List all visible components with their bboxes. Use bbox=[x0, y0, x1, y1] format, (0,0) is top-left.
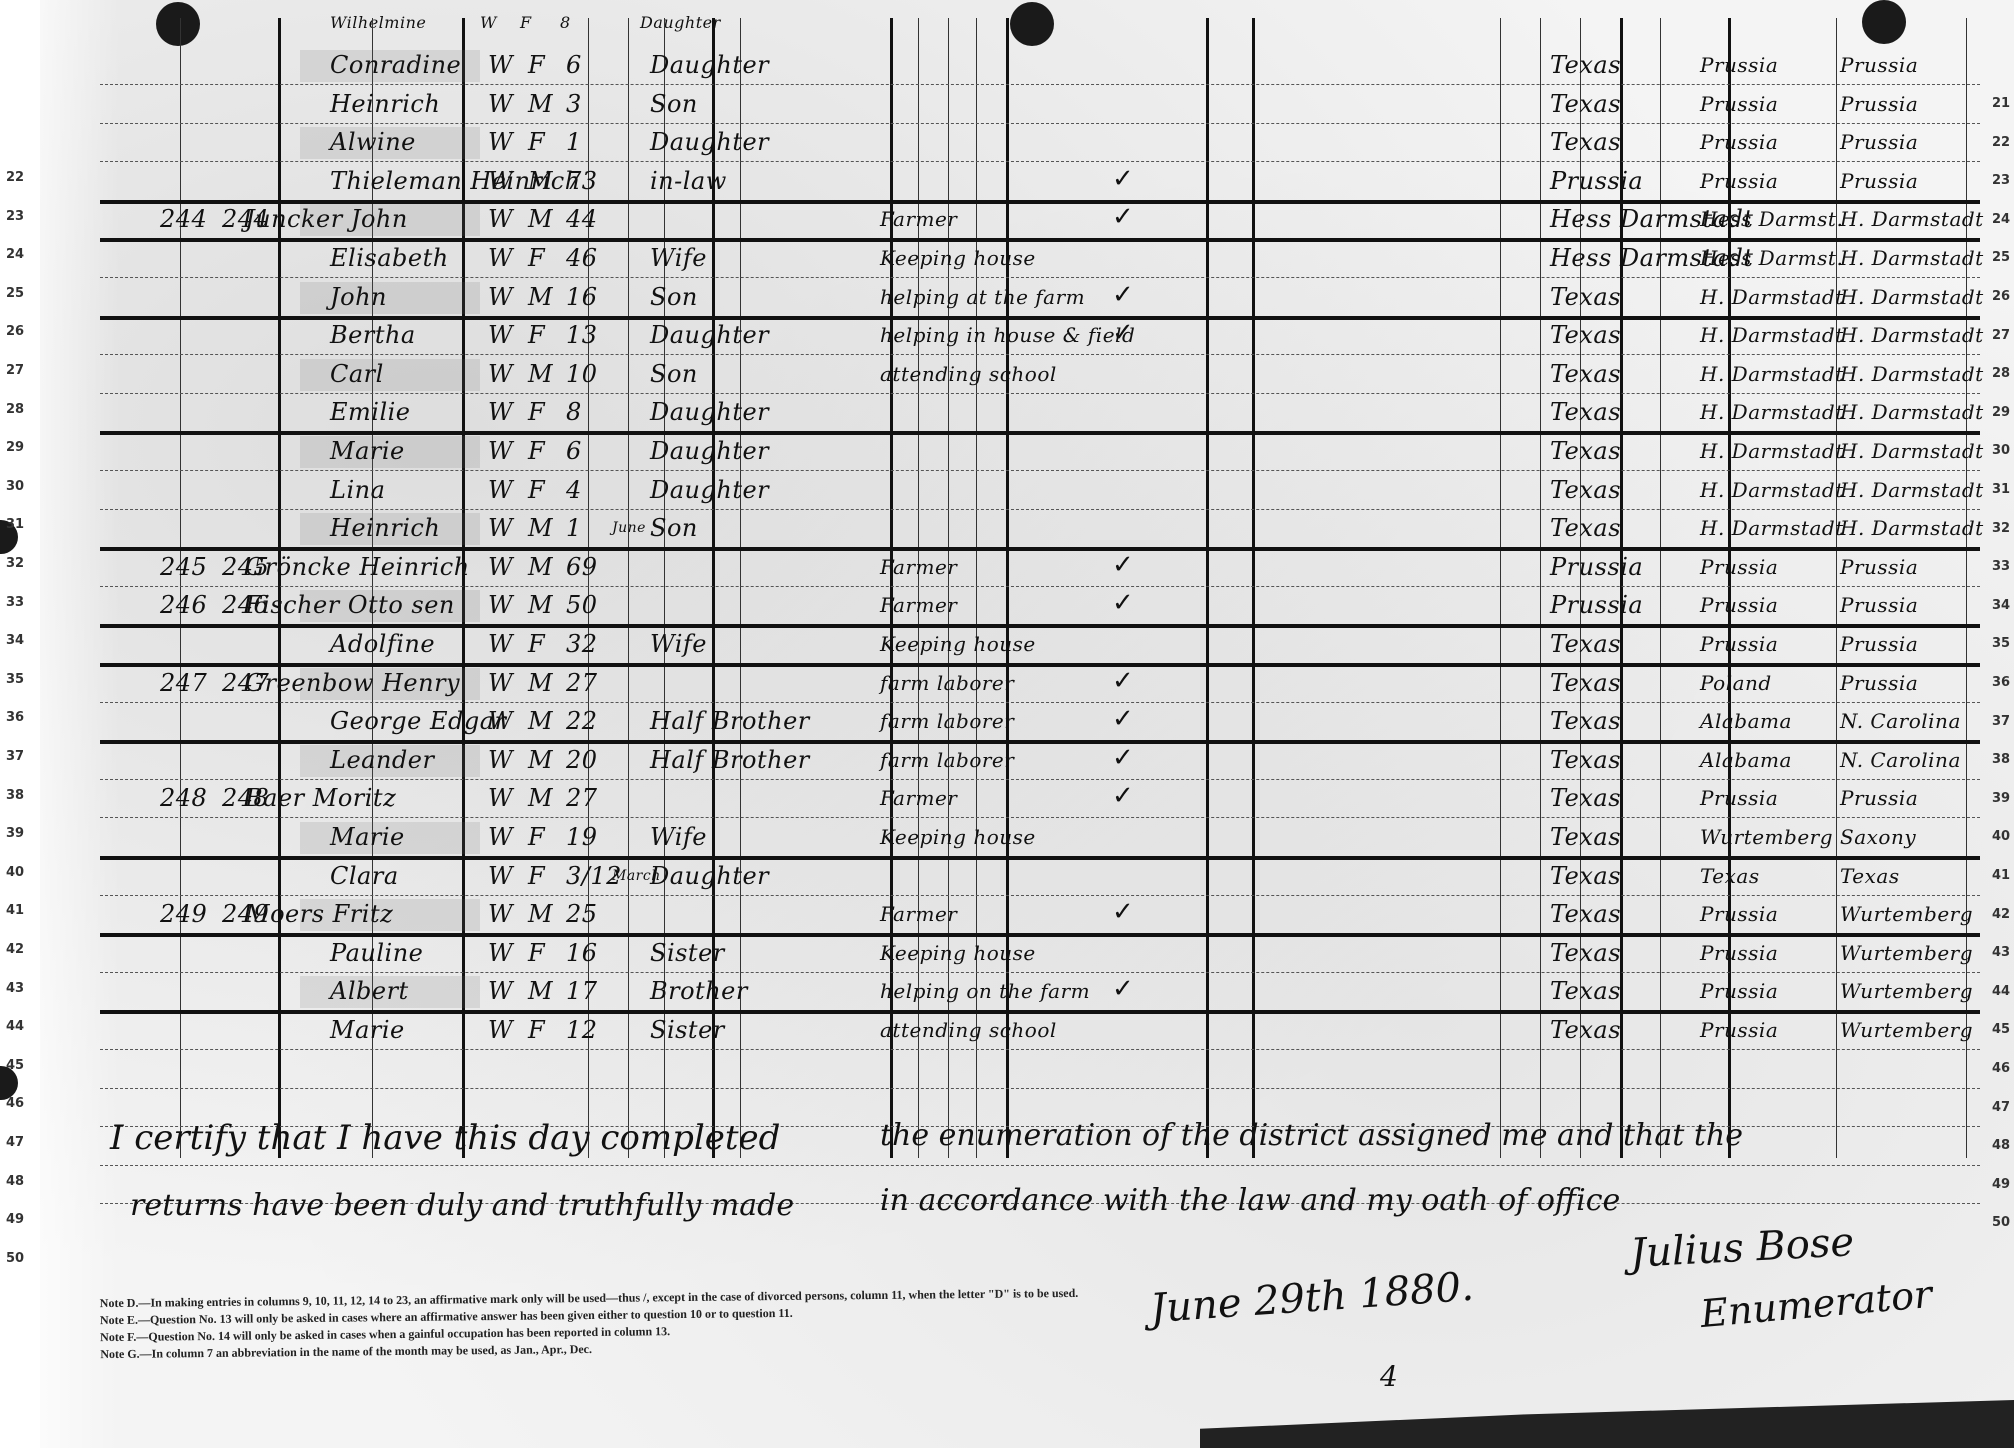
check-mark: ✓ bbox=[1112, 743, 1134, 773]
mother-birthplace: Saxony bbox=[1840, 822, 1916, 852]
sex: F bbox=[528, 475, 545, 505]
occupation: Keeping house bbox=[880, 243, 1036, 273]
sex: F bbox=[528, 861, 545, 891]
occupation: Farmer bbox=[880, 204, 957, 234]
color: W bbox=[488, 938, 513, 968]
color: W bbox=[488, 513, 513, 543]
relationship: Son bbox=[650, 513, 698, 543]
relationship: Son bbox=[650, 282, 698, 312]
age: 16 bbox=[566, 938, 598, 968]
person-name: Fischer Otto sen bbox=[245, 590, 455, 620]
occupation: farm laborer bbox=[880, 668, 1014, 698]
mother-birthplace: H. Darmstadt bbox=[1840, 359, 1984, 389]
check-mark: ✓ bbox=[1112, 666, 1134, 696]
sex: F bbox=[528, 127, 545, 157]
father-birthplace: H. Darmstadt bbox=[1700, 359, 1844, 389]
check-mark: ✓ bbox=[1112, 280, 1134, 310]
birth-month: June bbox=[612, 513, 646, 543]
cert-line1-b: the enumeration of the district assigned… bbox=[880, 1118, 1743, 1153]
sex: F bbox=[528, 397, 545, 427]
mother-birthplace: H. Darmstadt bbox=[1840, 436, 1984, 466]
mother-birthplace: H. Darmstadt bbox=[1840, 320, 1984, 350]
birthplace: Texas bbox=[1550, 861, 1621, 891]
birthplace: Texas bbox=[1550, 436, 1621, 466]
age: 25 bbox=[566, 899, 598, 929]
birthplace: Texas bbox=[1550, 629, 1621, 659]
age: 16 bbox=[566, 282, 598, 312]
relationship: Daughter bbox=[650, 320, 769, 350]
birthplace: Texas bbox=[1550, 513, 1621, 543]
sex: M bbox=[528, 590, 553, 620]
birthplace: Texas bbox=[1550, 1015, 1621, 1045]
color: W bbox=[488, 166, 513, 196]
relationship: Daughter bbox=[650, 436, 769, 466]
mother-birthplace: H. Darmstadt bbox=[1840, 282, 1984, 312]
age: 1 bbox=[566, 127, 582, 157]
person-name: Marie bbox=[330, 1015, 405, 1045]
relationship: Sister bbox=[650, 938, 725, 968]
age: 1 bbox=[566, 513, 582, 543]
father-birthplace: Prussia bbox=[1700, 629, 1778, 659]
occupation: Farmer bbox=[880, 899, 957, 929]
age: 3 bbox=[566, 89, 582, 119]
father-birthplace: Hess Darmst. bbox=[1700, 243, 1843, 273]
dwelling-number: 249 bbox=[160, 899, 207, 929]
mother-birthplace: N. Carolina bbox=[1840, 706, 1961, 736]
relationship: Daughter bbox=[650, 861, 769, 891]
census-row: LinaWF4DaughterTexasH. DarmstadtH. Darms… bbox=[0, 471, 2014, 509]
mother-birthplace: Prussia bbox=[1840, 50, 1918, 80]
color: W bbox=[488, 861, 513, 891]
color: W bbox=[488, 590, 513, 620]
sex: M bbox=[528, 668, 553, 698]
relationship: Half Brother bbox=[650, 745, 810, 775]
color: W bbox=[488, 397, 513, 427]
sex: M bbox=[528, 552, 553, 582]
sex: M bbox=[528, 282, 553, 312]
census-row: PaulineWF16SisterKeeping houseTexasPruss… bbox=[0, 934, 2014, 972]
occupation: Keeping house bbox=[880, 822, 1036, 852]
person-name: Alwine bbox=[330, 127, 416, 157]
father-birthplace: H. Darmstadt bbox=[1700, 513, 1844, 543]
cert-line1-a: I certify that I have this day completed bbox=[110, 1118, 780, 1158]
occupation: Farmer bbox=[880, 783, 957, 813]
birthplace: Texas bbox=[1550, 127, 1621, 157]
sex: F bbox=[528, 822, 545, 852]
birthplace: Texas bbox=[1550, 50, 1621, 80]
line-number: 50 bbox=[1992, 1215, 2010, 1230]
check-mark: ✓ bbox=[1112, 704, 1134, 734]
father-birthplace: H. Darmstadt bbox=[1700, 320, 1844, 350]
birthplace: Texas bbox=[1550, 397, 1621, 427]
person-name: Emilie bbox=[330, 397, 411, 427]
age: 13 bbox=[566, 320, 598, 350]
color: W bbox=[488, 204, 513, 234]
occupation: helping on the farm bbox=[880, 976, 1090, 1006]
dwelling-number: 244 bbox=[160, 204, 207, 234]
census-row: 249249Moers FritzWM25Farmer✓TexasPrussia… bbox=[0, 895, 2014, 933]
father-birthplace: H. Darmstadt bbox=[1700, 397, 1844, 427]
occupation: Farmer bbox=[880, 590, 957, 620]
color: W bbox=[488, 243, 513, 273]
relationship: Wife bbox=[650, 822, 707, 852]
census-row: LeanderWM20Half Brotherfarm laborer✓Texa… bbox=[0, 741, 2014, 779]
father-birthplace: Alabama bbox=[1700, 745, 1792, 775]
check-mark: ✓ bbox=[1112, 202, 1134, 232]
sex: F bbox=[528, 50, 545, 80]
father-birthplace: Poland bbox=[1700, 668, 1772, 698]
mother-birthplace: Wurtemberg bbox=[1840, 938, 1973, 968]
check-mark: ✓ bbox=[1112, 974, 1134, 1004]
dwelling-number: 247 bbox=[160, 668, 207, 698]
relationship: Daughter bbox=[650, 397, 769, 427]
color: W bbox=[488, 436, 513, 466]
father-birthplace: Prussia bbox=[1700, 166, 1778, 196]
line-number: 46 bbox=[6, 1096, 24, 1111]
birthplace: Texas bbox=[1550, 89, 1621, 119]
age: 12 bbox=[566, 1015, 598, 1045]
color: W bbox=[488, 1015, 513, 1045]
toner-shade bbox=[300, 359, 480, 391]
father-birthplace: H. Darmstadt bbox=[1700, 282, 1844, 312]
line-number: 46 bbox=[1992, 1061, 2010, 1076]
toner-shade bbox=[300, 282, 480, 314]
person-name: Marie bbox=[330, 822, 405, 852]
father-birthplace: Prussia bbox=[1700, 50, 1778, 80]
person-name: Conradine bbox=[330, 50, 461, 80]
census-row: MarieWF6DaughterTexasH. DarmstadtH. Darm… bbox=[0, 432, 2014, 470]
mother-birthplace: H. Darmstadt bbox=[1840, 397, 1984, 427]
person-name: Marie bbox=[330, 436, 405, 466]
sex: M bbox=[528, 204, 553, 234]
color: W bbox=[488, 320, 513, 350]
birthplace: Prussia bbox=[1550, 552, 1643, 582]
age: 22 bbox=[566, 706, 598, 736]
mother-birthplace: Wurtemberg bbox=[1840, 899, 1973, 929]
father-birthplace: Hess Darmst. bbox=[1700, 204, 1843, 234]
person-name: Heinrich bbox=[330, 513, 440, 543]
census-row: AdolfineWF32WifeKeeping houseTexasPrussi… bbox=[0, 625, 2014, 663]
mother-birthplace: N. Carolina bbox=[1840, 745, 1961, 775]
sex: F bbox=[528, 629, 545, 659]
mother-birthplace: Prussia bbox=[1840, 668, 1918, 698]
grid-row-line bbox=[100, 1049, 1980, 1050]
age: 27 bbox=[566, 783, 598, 813]
father-birthplace: Texas bbox=[1700, 861, 1760, 891]
sex: M bbox=[528, 783, 553, 813]
relationship: Brother bbox=[650, 976, 748, 1006]
census-row: MarieWF12Sisterattending schoolTexasPrus… bbox=[0, 1011, 2014, 1049]
census-row: HeinrichWM3SonTexasPrussiaPrussia bbox=[0, 85, 2014, 123]
mother-birthplace: Prussia bbox=[1840, 552, 1918, 582]
age: 20 bbox=[566, 745, 598, 775]
mother-birthplace: H. Darmstadt bbox=[1840, 513, 1984, 543]
age: 73 bbox=[566, 166, 598, 196]
sex: F bbox=[528, 320, 545, 350]
relationship: Sister bbox=[650, 1015, 725, 1045]
age: 27 bbox=[566, 668, 598, 698]
color: W bbox=[488, 50, 513, 80]
occupation: helping at the farm bbox=[880, 282, 1085, 312]
census-row: MarieWF19WifeKeeping houseTexasWurtember… bbox=[0, 818, 2014, 856]
mother-birthplace: Prussia bbox=[1840, 166, 1918, 196]
occupation: helping in house & field bbox=[880, 320, 1135, 350]
age: 17 bbox=[566, 976, 598, 1006]
age: 10 bbox=[566, 359, 598, 389]
color: W bbox=[488, 976, 513, 1006]
sex: M bbox=[528, 976, 553, 1006]
person-name: Moers Fritz bbox=[245, 899, 393, 929]
sex: M bbox=[528, 899, 553, 929]
birthplace: Prussia bbox=[1550, 166, 1643, 196]
line-number: 49 bbox=[1992, 1177, 2010, 1192]
census-row: ConradineWF6DaughterTexasPrussiaPrussia bbox=[0, 46, 2014, 84]
father-birthplace: H. Darmstadt bbox=[1700, 436, 1844, 466]
color: W bbox=[488, 629, 513, 659]
age: 46 bbox=[566, 243, 598, 273]
relationship: Half Brother bbox=[650, 706, 810, 736]
color: W bbox=[488, 282, 513, 312]
occupation: Keeping house bbox=[880, 938, 1036, 968]
relationship: Daughter bbox=[650, 127, 769, 157]
dwelling-number: 246 bbox=[160, 590, 207, 620]
father-birthplace: H. Darmstadt bbox=[1700, 475, 1844, 505]
sex: F bbox=[528, 436, 545, 466]
relationship: in-law bbox=[650, 166, 727, 196]
grid-row-line bbox=[100, 1088, 1980, 1089]
dwelling-number: 245 bbox=[160, 552, 207, 582]
color: W bbox=[488, 745, 513, 775]
person-name: John bbox=[330, 282, 387, 312]
father-birthplace: Prussia bbox=[1700, 127, 1778, 157]
age: 69 bbox=[566, 552, 598, 582]
census-row: CarlWM10Sonattending schoolTexasH. Darms… bbox=[0, 355, 2014, 393]
person-name: Carl bbox=[330, 359, 384, 389]
person-name: Pauline bbox=[330, 938, 423, 968]
line-number: 48 bbox=[1992, 1138, 2010, 1153]
mother-birthplace: Prussia bbox=[1840, 127, 1918, 157]
birthplace: Texas bbox=[1550, 320, 1621, 350]
mother-birthplace: Prussia bbox=[1840, 590, 1918, 620]
census-row: BerthaWF13Daughterhelping in house & fie… bbox=[0, 316, 2014, 354]
person-name: Juncker John bbox=[245, 204, 408, 234]
mother-birthplace: Prussia bbox=[1840, 629, 1918, 659]
census-row: 247247Greenbow HenryWM27farm laborer✓Tex… bbox=[0, 664, 2014, 702]
birthplace: Texas bbox=[1550, 976, 1621, 1006]
mother-birthplace: H. Darmstadt bbox=[1840, 204, 1984, 234]
census-row: George EdgarWM22Half Brotherfarm laborer… bbox=[0, 702, 2014, 740]
relationship: Wife bbox=[650, 629, 707, 659]
person-name: Greenbow Henry bbox=[245, 668, 460, 698]
census-row: EmilieWF8DaughterTexasH. DarmstadtH. Dar… bbox=[0, 393, 2014, 431]
relationship: Daughter bbox=[650, 50, 769, 80]
person-name: George Edgar bbox=[330, 706, 507, 736]
line-number: 48 bbox=[6, 1174, 24, 1189]
mother-birthplace: H. Darmstadt bbox=[1840, 243, 1984, 273]
sex: F bbox=[528, 243, 545, 273]
relationship: Son bbox=[650, 89, 698, 119]
birthplace: Prussia bbox=[1550, 590, 1643, 620]
sex: M bbox=[528, 166, 553, 196]
census-row: HeinrichWM1JuneSonTexasH. DarmstadtH. Da… bbox=[0, 509, 2014, 547]
color: W bbox=[488, 706, 513, 736]
census-row: ClaraWF3/12MarchDaughterTexasTexasTexas bbox=[0, 857, 2014, 895]
person-name: Bertha bbox=[330, 320, 416, 350]
check-mark: ✓ bbox=[1112, 550, 1134, 580]
relationship: Wife bbox=[650, 243, 707, 273]
line-number: 45 bbox=[6, 1058, 24, 1073]
dwelling-number: 248 bbox=[160, 783, 207, 813]
age: 19 bbox=[566, 822, 598, 852]
birthplace: Texas bbox=[1550, 282, 1621, 312]
cert-line2-b: in accordance with the law and my oath o… bbox=[880, 1183, 1620, 1218]
occupation: Keeping house bbox=[880, 629, 1036, 659]
person-name: Baer Moritz bbox=[245, 783, 396, 813]
person-name: Albert bbox=[330, 976, 409, 1006]
mother-birthplace: Prussia bbox=[1840, 783, 1918, 813]
age: 6 bbox=[566, 50, 582, 80]
father-birthplace: Prussia bbox=[1700, 976, 1778, 1006]
check-mark: ✓ bbox=[1112, 164, 1134, 194]
father-birthplace: Prussia bbox=[1700, 899, 1778, 929]
sex: F bbox=[528, 938, 545, 968]
occupation: Farmer bbox=[880, 552, 957, 582]
mother-birthplace: Texas bbox=[1840, 861, 1900, 891]
page-mark: 4 bbox=[1380, 1360, 1398, 1393]
father-birthplace: Prussia bbox=[1700, 1015, 1778, 1045]
footnotes: Note D.—In making entries in columns 9, … bbox=[100, 1285, 1079, 1363]
color: W bbox=[488, 127, 513, 157]
birthplace: Texas bbox=[1550, 899, 1621, 929]
father-birthplace: Prussia bbox=[1700, 552, 1778, 582]
birthplace: Texas bbox=[1550, 938, 1621, 968]
cert-line2-a: returns have been duly and truthfully ma… bbox=[130, 1188, 794, 1223]
sex: M bbox=[528, 745, 553, 775]
census-row: 245245Gröncke HeinrichWM69Farmer✓Prussia… bbox=[0, 548, 2014, 586]
check-mark: ✓ bbox=[1112, 781, 1134, 811]
relationship: Son bbox=[650, 359, 698, 389]
birthplace: Texas bbox=[1550, 822, 1621, 852]
person-name: Heinrich bbox=[330, 89, 440, 119]
father-birthplace: Prussia bbox=[1700, 590, 1778, 620]
father-birthplace: Prussia bbox=[1700, 783, 1778, 813]
age: 32 bbox=[566, 629, 598, 659]
line-number: 50 bbox=[6, 1251, 24, 1266]
color: W bbox=[488, 783, 513, 813]
sex: F bbox=[528, 1015, 545, 1045]
birthplace: Texas bbox=[1550, 745, 1621, 775]
person-name: Elisabeth bbox=[330, 243, 449, 273]
color: W bbox=[488, 899, 513, 929]
sex: M bbox=[528, 89, 553, 119]
birthplace: Texas bbox=[1550, 475, 1621, 505]
mother-birthplace: H. Darmstadt bbox=[1840, 475, 1984, 505]
occupation: farm laborer bbox=[880, 745, 1014, 775]
father-birthplace: Alabama bbox=[1700, 706, 1792, 736]
mother-birthplace: Wurtemberg bbox=[1840, 976, 1973, 1006]
occupation: farm laborer bbox=[880, 706, 1014, 736]
check-mark: ✓ bbox=[1112, 318, 1134, 348]
person-name: Clara bbox=[330, 861, 399, 891]
birthplace: Texas bbox=[1550, 359, 1621, 389]
line-number: 47 bbox=[6, 1135, 24, 1150]
relationship: Daughter bbox=[650, 475, 769, 505]
color: W bbox=[488, 552, 513, 582]
census-row: 244244Juncker JohnWM44Farmer✓Hess Darmst… bbox=[0, 200, 2014, 238]
census-row: Thieleman HeinrichWM73in-law✓PrussiaPrus… bbox=[0, 162, 2014, 200]
check-mark: ✓ bbox=[1112, 588, 1134, 618]
color: W bbox=[488, 668, 513, 698]
sex: M bbox=[528, 706, 553, 736]
line-number: 49 bbox=[6, 1212, 24, 1227]
birthplace: Texas bbox=[1550, 783, 1621, 813]
father-birthplace: Wurtemberg bbox=[1700, 822, 1833, 852]
mother-birthplace: Prussia bbox=[1840, 89, 1918, 119]
color: W bbox=[488, 822, 513, 852]
census-row: AlwineWF1DaughterTexasPrussiaPrussia bbox=[0, 123, 2014, 161]
mother-birthplace: Wurtemberg bbox=[1840, 1015, 1973, 1045]
grid-row-line bbox=[100, 1165, 1980, 1166]
person-name: Leander bbox=[330, 745, 434, 775]
age: 6 bbox=[566, 436, 582, 466]
age: 44 bbox=[566, 204, 598, 234]
occupation: attending school bbox=[880, 1015, 1057, 1045]
census-row: 248248Baer MoritzWM27Farmer✓TexasPrussia… bbox=[0, 779, 2014, 817]
person-name: Gröncke Heinrich bbox=[245, 552, 470, 582]
age: 4 bbox=[566, 475, 582, 505]
line-number: 47 bbox=[1992, 1100, 2010, 1115]
census-row: JohnWM16Sonhelping at the farm✓TexasH. D… bbox=[0, 278, 2014, 316]
census-row: 246246Fischer Otto senWM50Farmer✓Prussia… bbox=[0, 586, 2014, 624]
sex: M bbox=[528, 359, 553, 389]
father-birthplace: Prussia bbox=[1700, 89, 1778, 119]
age: 50 bbox=[566, 590, 598, 620]
occupation: attending school bbox=[880, 359, 1057, 389]
person-name: Adolfine bbox=[330, 629, 435, 659]
sex: M bbox=[528, 513, 553, 543]
person-name: Lina bbox=[330, 475, 385, 505]
check-mark: ✓ bbox=[1112, 897, 1134, 927]
census-row: ElisabethWF46WifeKeeping houseHess Darms… bbox=[0, 239, 2014, 277]
census-row: AlbertWM17Brotherhelping on the farm✓Tex… bbox=[0, 972, 2014, 1010]
birthplace: Texas bbox=[1550, 668, 1621, 698]
father-birthplace: Prussia bbox=[1700, 938, 1778, 968]
age: 8 bbox=[566, 397, 582, 427]
color: W bbox=[488, 475, 513, 505]
color: W bbox=[488, 359, 513, 389]
color: W bbox=[488, 89, 513, 119]
birthplace: Texas bbox=[1550, 706, 1621, 736]
